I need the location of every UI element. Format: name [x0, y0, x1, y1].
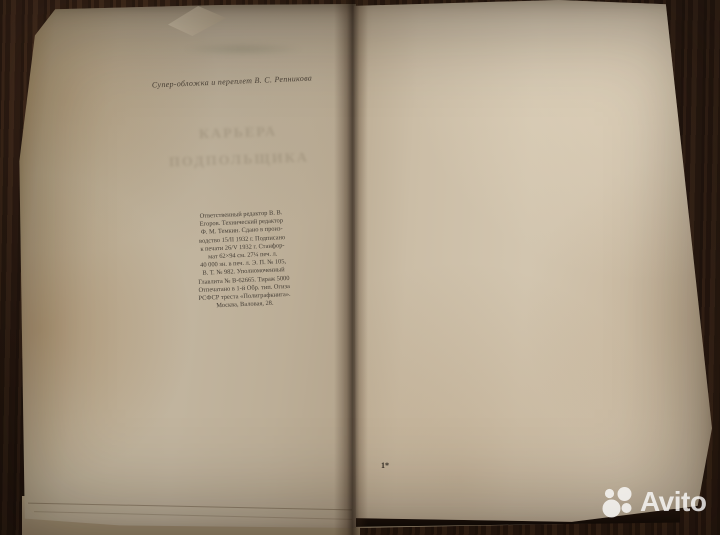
book-right-page — [350, 0, 716, 532]
bleed-through-title-line2: ПОДПОЛЬЩИКА — [136, 143, 342, 177]
book-gutter-shadow — [334, 0, 368, 535]
imprint-block: Ответственный редактор В. В. Егоров. Тех… — [183, 209, 303, 312]
avito-watermark-label: Avito — [640, 486, 706, 518]
avito-logo-icon — [601, 485, 636, 519]
bleed-through-title: КАРЬЕРА ПОДПОЛЬЩИКА — [135, 116, 342, 177]
faint-ink-smudge — [183, 42, 303, 56]
avito-watermark: Avito — [601, 485, 706, 519]
book-left-page: Супер-обложка и переплет В. С. Репникова… — [18, 4, 356, 528]
signature-mark: 1* — [381, 461, 389, 470]
cover-credit-line: Супер-обложка и переплет В. С. Репникова — [125, 72, 339, 90]
page-corner-fold — [168, 6, 226, 36]
